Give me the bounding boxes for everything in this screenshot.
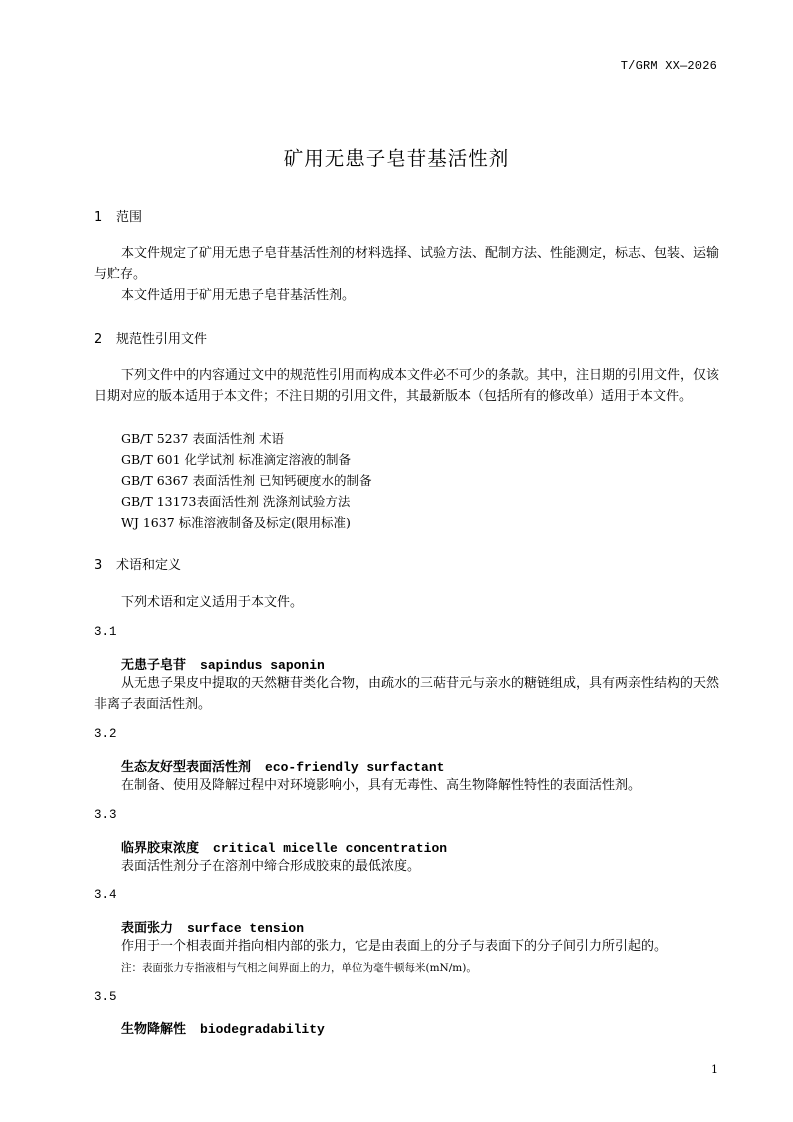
term-zh: 临界胶束浓度 — [121, 841, 199, 856]
section-title: 范围 — [116, 210, 142, 225]
term-definition: 从无患子果皮中提取的天然糖苷类化合物，由疏水的三萜苷元与亲水的糖链组成，具有两亲… — [94, 673, 719, 715]
standard-code: T/GRM XX—2026 — [621, 59, 717, 73]
term-number: 3.3 — [94, 808, 117, 822]
term-definition: 作用于一个相表面并指向相内部的张力，它是由表面上的分子与表面下的分子间引力所引起… — [121, 936, 667, 957]
term-zh: 表面张力 — [121, 921, 173, 936]
term-heading: 生物降解性biodegradability — [121, 1018, 325, 1037]
term-number: 3.5 — [94, 990, 117, 1004]
term-en: biodegradability — [200, 1022, 325, 1037]
references-intro-paragraph: 下列文件中的内容通过文中的规范性引用而构成本文件必不可少的条款。其中，注日期的引… — [94, 365, 719, 407]
term-definition: 表面活性剂分子在溶剂中缔合形成胶束的最低浓度。 — [121, 856, 420, 877]
page-number: 1 — [711, 1063, 718, 1076]
section-heading-terms-definitions: 3术语和定义 — [94, 554, 181, 573]
term-number: 3.2 — [94, 727, 117, 741]
scope-paragraph-1: 本文件规定了矿用无患子皂苷基活性剂的材料选择、试验方法、配制方法、性能测定，标志… — [94, 243, 719, 285]
term-note: 注：表面张力专指液相与气相之间界面上的力，单位为毫牛顿每米(mN/m)。 — [121, 960, 477, 975]
term-heading: 临界胶束浓度critical micelle concentration — [121, 837, 447, 856]
term-zh: 生物降解性 — [121, 1022, 186, 1037]
reference-item: GB/T 5237 表面活性剂 术语 — [121, 428, 371, 449]
term-heading: 无患子皂苷sapindus saponin — [121, 654, 325, 673]
term-number: 3.1 — [94, 625, 117, 639]
term-zh: 生态友好型表面活性剂 — [121, 760, 251, 775]
section-heading-normative-references: 2规范性引用文件 — [94, 328, 207, 347]
document-title: 矿用无患子皂苷基活性剂 — [0, 143, 793, 171]
term-definition: 在制备、使用及降解过程中对环境影响小，具有无毒性、高生物降解性特性的表面活性剂。 — [121, 775, 641, 796]
section-heading-scope: 1范围 — [94, 206, 142, 225]
reference-item: GB/T 13173表面活性剂 洗涤剂试验方法 — [121, 491, 371, 512]
term-heading: 生态友好型表面活性剂eco-friendly surfactant — [121, 756, 444, 775]
term-en: eco-friendly surfactant — [265, 760, 444, 775]
scope-paragraph-2: 本文件适用于矿用无患子皂苷基活性剂。 — [94, 285, 719, 306]
term-heading: 表面张力surface tension — [121, 917, 304, 936]
section-title: 术语和定义 — [116, 558, 181, 573]
reference-item: GB/T 601 化学试剂 标准滴定溶液的制备 — [121, 449, 371, 470]
reference-list: GB/T 5237 表面活性剂 术语 GB/T 601 化学试剂 标准滴定溶液的… — [121, 428, 371, 533]
reference-item: GB/T 6367 表面活性剂 已知钙硬度水的制备 — [121, 470, 371, 491]
document-page: T/GRM XX—2026 矿用无患子皂苷基活性剂 1范围 本文件规定了矿用无患… — [0, 0, 793, 1122]
term-en: surface tension — [187, 921, 304, 936]
term-zh: 无患子皂苷 — [121, 658, 186, 673]
section-number: 1 — [94, 210, 116, 225]
terms-intro-paragraph: 下列术语和定义适用于本文件。 — [121, 592, 303, 613]
section-title: 规范性引用文件 — [116, 332, 207, 347]
term-en: sapindus saponin — [200, 658, 325, 673]
term-en: critical micelle concentration — [213, 841, 447, 856]
section-number: 3 — [94, 558, 116, 573]
reference-item: WJ 1637 标准溶液制备及标定(限用标准) — [121, 512, 371, 533]
section-number: 2 — [94, 332, 116, 347]
term-number: 3.4 — [94, 888, 117, 902]
